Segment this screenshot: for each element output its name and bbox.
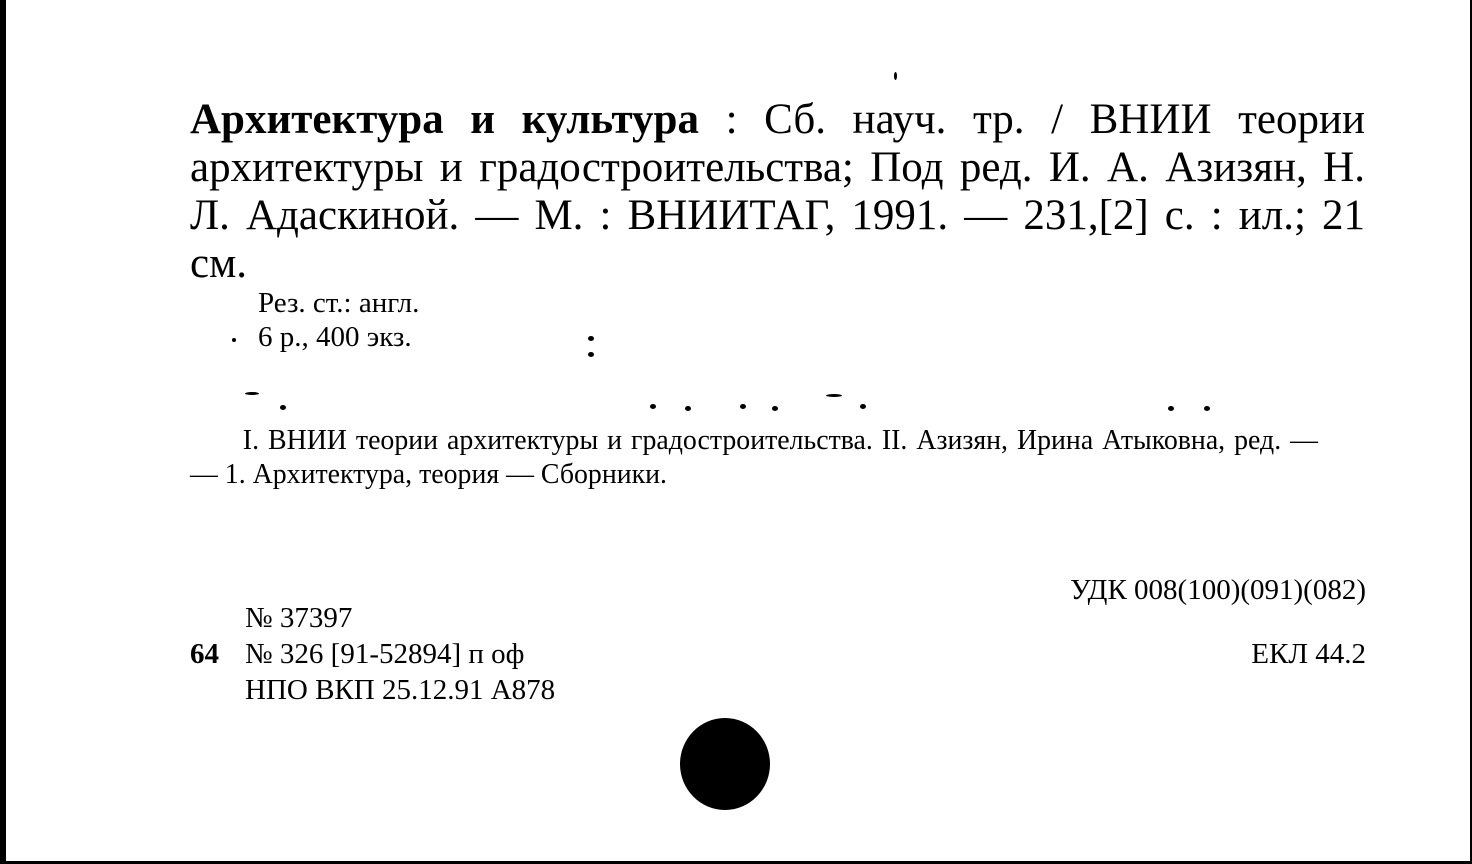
scan-speck xyxy=(826,394,842,397)
classification-block: УДК 008(100)(091)(082) ЕКЛ 44.2 xyxy=(1070,572,1366,672)
card-number: № 37397 xyxy=(245,602,352,634)
ekl-code: ЕКЛ 44.2 xyxy=(1070,636,1366,672)
title-heading: Архитектура и культура xyxy=(190,96,699,143)
scan-speck xyxy=(860,404,866,409)
scan-speck xyxy=(1168,406,1174,411)
punch-hole xyxy=(680,718,770,810)
scan-speck xyxy=(588,336,594,341)
scan-speck xyxy=(650,404,656,409)
card-left-edge xyxy=(0,0,6,864)
scan-speck xyxy=(685,406,691,411)
printer-info: НПО ВКП 25.12.91 А878 xyxy=(245,674,555,706)
tracings-text: I. ВНИИ теории архитектуры и градостроит… xyxy=(190,424,1318,490)
scan-speck xyxy=(232,338,236,342)
scan-speck xyxy=(1204,406,1210,411)
print-info: № 37397 64№ 326 [91-52894] п оф НПО ВКП … xyxy=(190,600,555,708)
catalog-card: Архитектура и культура : Сб. науч. тр. /… xyxy=(0,0,1472,864)
tracings: I. ВНИИ теории архитектуры и градостроит… xyxy=(190,423,1318,491)
scan-speck xyxy=(894,72,897,80)
order-number: № 326 [91-52894] п оф xyxy=(245,638,524,670)
price-copies-note: 6 р., 400 экз. xyxy=(258,320,419,354)
scan-speck xyxy=(740,404,746,409)
notes-block: Рез. ст.: англ. 6 р., 400 экз. xyxy=(258,286,419,354)
scan-speck xyxy=(245,392,259,395)
bibliographic-entry: Архитектура и культура : Сб. науч. тр. /… xyxy=(190,96,1365,288)
batch-number: 64 xyxy=(190,636,245,672)
scan-speck xyxy=(280,405,286,410)
udk-code: УДК 008(100)(091)(082) xyxy=(1070,572,1366,608)
summary-note: Рез. ст.: англ. xyxy=(258,286,419,320)
scan-speck xyxy=(772,406,778,411)
scan-speck xyxy=(588,352,594,357)
